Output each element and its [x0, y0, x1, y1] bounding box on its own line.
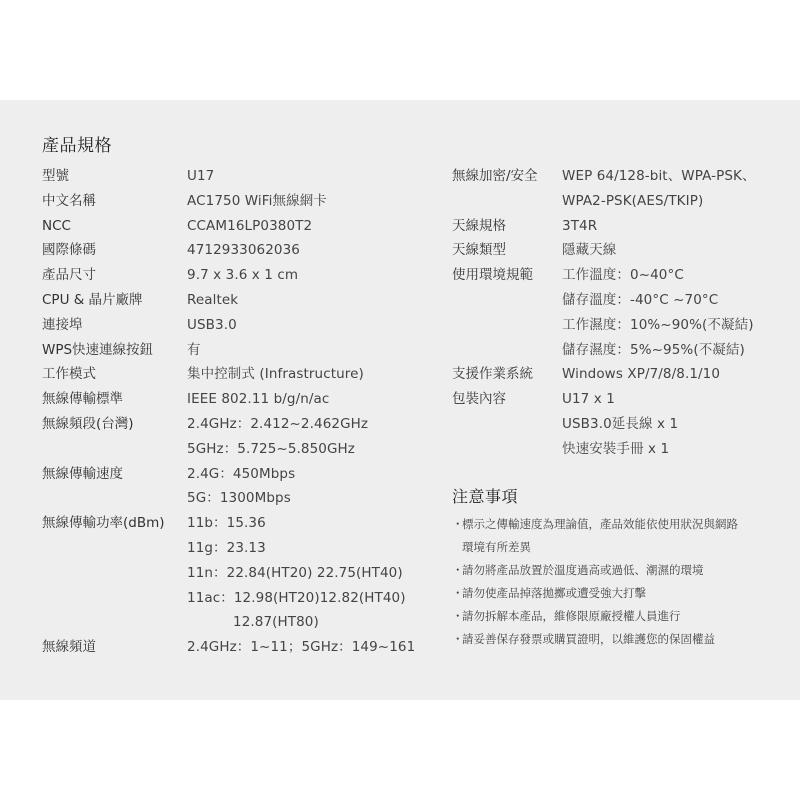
spec-value: 4712933062036: [187, 238, 300, 263]
spec-label: 中文名稱: [42, 189, 187, 214]
spec-value: 11n：22.84(HT20) 22.75(HT40): [187, 561, 406, 586]
spec-value: WEP 64/128-bit、WPA-PSK、: [562, 164, 756, 189]
spec-value: 11ac：12.98(HT20)12.82(HT40): [187, 586, 406, 611]
spec-value: 5GHz：5.725~5.850GHz: [187, 437, 368, 462]
bullet-icon: ・: [452, 605, 464, 628]
spec-value: 快速安裝手冊 x 1: [562, 437, 678, 462]
spec-value: AC1750 WiFi無線網卡: [187, 189, 327, 214]
notes-title: 注意事項: [452, 484, 518, 507]
spec-title: 產品規格: [42, 131, 112, 156]
spec-row: 使用環境規範 工作溫度：0~40°C 儲存溫度：-40°C ~70°C 工作濕度…: [452, 263, 792, 362]
note-text: 標示之傳輸速度為理論值，產品效能依使用狀況與網路: [462, 513, 782, 536]
spec-value: 2.4GHz：2.412~2.462GHz: [187, 412, 368, 437]
spec-label: NCC: [42, 214, 187, 239]
spec-label: 使用環境規範: [452, 263, 562, 288]
bullet-icon: ・: [452, 582, 464, 605]
spec-value: 集中控制式 (Infrastructure): [187, 362, 364, 387]
spec-row: 無線傳輸速度 2.4G：450Mbps 5G：1300Mbps: [42, 462, 432, 512]
spec-value: Realtek: [187, 288, 238, 313]
spec-value: 11g：23.13: [187, 536, 406, 561]
spec-row: 無線傳輸標準 IEEE 802.11 b/g/n/ac: [42, 387, 432, 412]
spec-row: 型號 U17: [42, 164, 432, 189]
spec-value: 3T4R: [562, 214, 597, 239]
spec-row: 無線頻段(台灣) 2.4GHz：2.412~2.462GHz 5GHz：5.72…: [42, 412, 432, 462]
spec-value: WPA2-PSK(AES/TKIP): [562, 189, 756, 214]
spec-label: 無線傳輸標準: [42, 387, 187, 412]
spec-value: USB3.0: [187, 313, 237, 338]
spec-label: CPU & 晶片廠牌: [42, 288, 187, 313]
spec-row: NCC CCAM16LP0380T2: [42, 214, 432, 239]
spec-value: Windows XP/7/8/8.1/10: [562, 362, 720, 387]
spec-row: 國際條碼 4712933062036: [42, 238, 432, 263]
spec-value: 有: [187, 338, 201, 363]
spec-value: 9.7 x 3.6 x 1 cm: [187, 263, 298, 288]
spec-label: 型號: [42, 164, 187, 189]
spec-value: 2.4G：450Mbps: [187, 462, 295, 487]
spec-value: 11b：15.36: [187, 511, 406, 536]
spec-value: U17: [187, 164, 214, 189]
note-item: ・ 請勿將產品放置於溫度過高或過低、潮濕的環境: [452, 559, 782, 582]
spec-label: 無線頻段(台灣): [42, 412, 187, 437]
note-item: ・ 請勿使產品掉落拋擲或遭受強大打擊: [452, 582, 782, 605]
spec-label: 工作模式: [42, 362, 187, 387]
spec-row: 支援作業系統 Windows XP/7/8/8.1/10: [452, 362, 792, 387]
spec-row: 無線頻道 2.4GHz：1~11；5GHz：149~161: [42, 635, 432, 660]
spec-row: 中文名稱 AC1750 WiFi無線網卡: [42, 189, 432, 214]
spec-label: 無線加密/安全: [452, 164, 562, 189]
spec-value: 儲存濕度：5%~95%(不凝結): [562, 338, 754, 363]
spec-label: 連接埠: [42, 313, 187, 338]
spec-label: 無線傳輸速度: [42, 462, 187, 487]
spec-label: 天線規格: [452, 214, 562, 239]
spec-row: 連接埠 USB3.0: [42, 313, 432, 338]
spec-value: IEEE 802.11 b/g/n/ac: [187, 387, 329, 412]
spec-label: 無線頻道: [42, 635, 187, 660]
spec-value: 工作濕度：10%~90%(不凝結): [562, 313, 754, 338]
spec-table-right: 無線加密/安全 WEP 64/128-bit、WPA-PSK、 WPA2-PSK…: [452, 164, 792, 462]
spec-label: 國際條碼: [42, 238, 187, 263]
spec-value: 12.87(HT80): [187, 610, 406, 635]
note-text: 環境有所差異: [462, 536, 782, 559]
spec-value: 儲存溫度：-40°C ~70°C: [562, 288, 754, 313]
spec-value: 隱藏天線: [562, 238, 616, 263]
spec-value: 2.4GHz：1~11；5GHz：149~161: [187, 635, 415, 660]
note-text: 請勿將產品放置於溫度過高或過低、潮濕的環境: [462, 559, 782, 582]
spec-row: 無線加密/安全 WEP 64/128-bit、WPA-PSK、 WPA2-PSK…: [452, 164, 792, 214]
spec-row: 無線傳輸功率(dBm) 11b：15.36 11g：23.13 11n：22.8…: [42, 511, 432, 635]
spec-label: WPS快速連線按鈕: [42, 338, 187, 363]
spec-table-left: 型號 U17 中文名稱 AC1750 WiFi無線網卡 NCC CCAM16LP…: [42, 164, 432, 660]
note-text: 請勿拆解本產品，維修限原廠授權人員進行: [462, 605, 782, 628]
note-item: ・ 請妥善保存發票或購買證明，以維護您的保固權益: [452, 628, 782, 651]
spec-row: 天線規格 3T4R: [452, 214, 792, 239]
spec-label: 無線傳輸功率(dBm): [42, 511, 187, 536]
spec-label: 支援作業系統: [452, 362, 562, 387]
spec-label: 產品尺寸: [42, 263, 187, 288]
spec-value: CCAM16LP0380T2: [187, 214, 312, 239]
spec-value: 工作溫度：0~40°C: [562, 263, 754, 288]
spec-row: CPU & 晶片廠牌 Realtek: [42, 288, 432, 313]
spec-value: USB3.0延長線 x 1: [562, 412, 678, 437]
bullet-icon: ・: [452, 628, 464, 651]
notes-list: ・ 標示之傳輸速度為理論值，產品效能依使用狀況與網路 環境有所差異 ・ 請勿將產…: [452, 513, 782, 651]
spec-row: 包裝內容 U17 x 1 USB3.0延長線 x 1 快速安裝手冊 x 1: [452, 387, 792, 461]
spec-row: 天線類型 隱藏天線: [452, 238, 792, 263]
bullet-icon: ・: [452, 559, 464, 582]
spec-value: U17 x 1: [562, 387, 678, 412]
note-text: 請妥善保存發票或購買證明，以維護您的保固權益: [462, 628, 782, 651]
note-text: 請勿使產品掉落拋擲或遭受強大打擊: [462, 582, 782, 605]
note-item: ・ 請勿拆解本產品，維修限原廠授權人員進行: [452, 605, 782, 628]
spec-label: 天線類型: [452, 238, 562, 263]
spec-label: 包裝內容: [452, 387, 562, 412]
spec-row: 工作模式 集中控制式 (Infrastructure): [42, 362, 432, 387]
spec-row: WPS快速連線按鈕 有: [42, 338, 432, 363]
spec-value: 5G：1300Mbps: [187, 486, 295, 511]
bullet-icon: ・: [452, 513, 464, 536]
spec-row: 產品尺寸 9.7 x 3.6 x 1 cm: [42, 263, 432, 288]
note-item: ・ 標示之傳輸速度為理論值，產品效能依使用狀況與網路 環境有所差異: [452, 513, 782, 559]
